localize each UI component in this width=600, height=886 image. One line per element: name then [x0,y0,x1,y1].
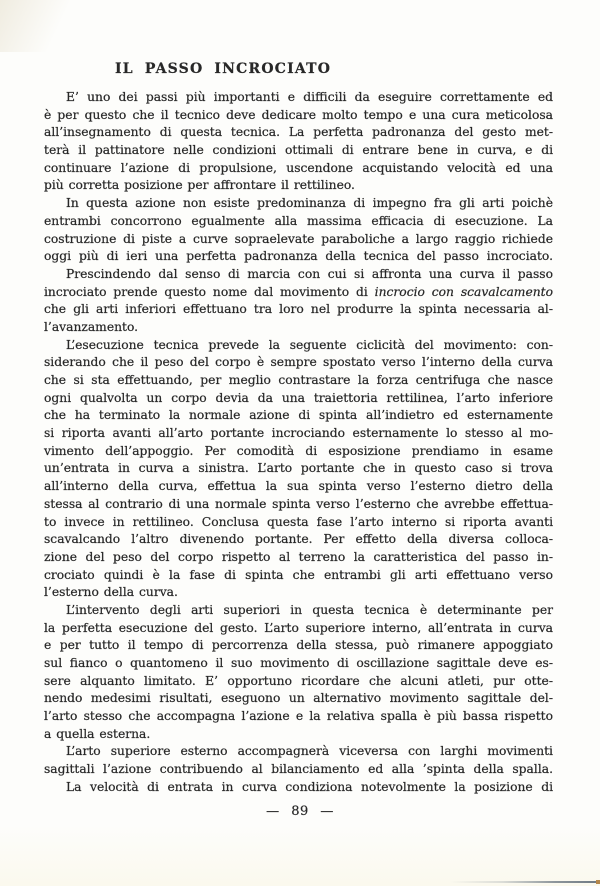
page-text: E’ uno dei passi più importanti e diffic… [44,89,553,797]
text-line: è per questo che il tecnico deve dedicar… [44,107,553,125]
text-segment: si riporta avanti all’arto portante incr… [44,426,553,440]
text-line: L’intervento degli arti superiori in que… [44,602,553,620]
text-line: crociato quindi è la fase di spinta che … [44,567,553,585]
text-line: E’ uno dei passi più importanti e diffic… [44,89,553,107]
text-line: la perfetta esecuzione del gesto. L’arto… [44,620,553,638]
text-segment: entrambi concorrono egualmente alla mass… [44,214,553,228]
text-line: nendo medesimi risultati, eseguono un al… [44,690,553,708]
text-line: zione del peso del corpo rispetto al ter… [44,549,553,567]
text-segment: scavalcando l’altro divenendo portante. … [44,532,553,546]
text-segment: to invece in rettilineo. Conclusa questa… [44,515,553,529]
text-line: sere alquanto limitato. E’ opportuno ric… [44,673,553,691]
text-line: L’esecuzione tecnica prevede la seguente… [44,337,553,355]
scan-bottom-tint-artifact [0,826,600,886]
text-segment: crociato quindi è la fase di spinta che … [44,568,553,582]
text-segment: La velocità di entrata in curva condizio… [66,780,553,794]
text-segment: stessa al contrario di una normale spint… [44,497,553,511]
book-page: IL PASSO INCROCIATO E’ uno dei passi più… [0,0,600,886]
text-line: a quella esterna. [44,726,553,744]
text-segment: costruzione di piste a curve sopraelevat… [44,232,553,246]
text-segment: L’intervento degli arti superiori in que… [66,603,553,617]
text-segment: che si sta effettuando, per meglio contr… [44,373,553,387]
text-line: all’interno della curva, effettua la sua… [44,478,553,496]
paragraph: E’ uno dei passi più importanti e diffic… [44,89,553,195]
paragraph: In questa azione non esiste predominanza… [44,195,553,266]
text-segment: L’arto superiore esterno accompagnerà vi… [66,744,553,758]
text-line: L’arto superiore esterno accompagnerà vi… [44,743,553,761]
text-segment: più corretta posizione per affrontare il… [44,178,355,192]
text-line: stessa al contrario di una normale spint… [44,496,553,514]
text-segment: siderando che il peso del corpo è sempre… [44,355,553,369]
text-line: entrambi concorrono egualmente alla mass… [44,213,553,231]
text-line: costruzione di piste a curve sopraelevat… [44,231,553,249]
text-segment: oggi più di ieri una perfetta padronanza… [44,249,553,263]
text-line: In questa azione non esiste predominanza… [44,195,553,213]
text-line: l’avanzamento. [44,319,553,337]
text-segment: l’esterno della curva. [44,585,178,599]
text-segment: sul fianco o quantomeno il suo movimento… [44,656,553,670]
text-line: to invece in rettilineo. Conclusa questa… [44,514,553,532]
text-line: che gli arti inferiori effettuano tra lo… [44,301,553,319]
text-line: sagittali l’azione contribuendo al bilan… [44,761,553,779]
text-segment: E’ uno dei passi più importanti e diffic… [66,90,553,104]
text-segment: sere alquanto limitato. E’ opportuno ric… [44,674,553,688]
text-line: all’insegnamento di questa tecnica. La p… [44,124,553,142]
text-line: sul fianco o quantomeno il suo movimento… [44,655,553,673]
text-segment: l’arto stesso che accompagna l’azione e … [44,709,553,723]
text-line: La velocità di entrata in curva condizio… [44,779,553,797]
text-segment: ogni qualvolta un corpo devia da una tra… [44,391,553,405]
text-line: siderando che il peso del corpo è sempre… [44,354,553,372]
paragraph: Prescindendo dal senso di marcia con cui… [44,266,553,337]
text-line: Prescindendo dal senso di marcia con cui… [44,266,553,284]
text-segment: incrociato prende questo nome dal movime… [44,285,375,299]
text-segment: è per questo che il tecnico deve dedicar… [44,108,553,122]
italic-phrase: incrocio con scavalcamento [375,285,553,299]
text-segment: che ha terminato la normale azione di sp… [44,408,553,422]
paragraph: L’esecuzione tecnica prevede la seguente… [44,337,553,602]
text-segment: sagittali l’azione contribuendo al bilan… [44,762,553,776]
text-line: che si sta effettuando, per meglio contr… [44,372,553,390]
text-segment: nendo medesimi risultati, eseguono un al… [44,691,553,705]
text-line: l’arto stesso che accompagna l’azione e … [44,708,553,726]
text-segment: un’entrata in curva a sinistra. L’arto p… [44,461,553,475]
text-segment: all’interno della curva, effettua la sua… [44,479,553,493]
text-line: ogni qualvolta un corpo devia da una tra… [44,390,553,408]
text-line: continuare l’azione di propulsione, usce… [44,160,553,178]
text-line: oggi più di ieri una perfetta padronanza… [44,248,553,266]
text-segment: la perfetta esecuzione del gesto. L’arto… [44,621,553,635]
text-line: più corretta posizione per affrontare il… [44,177,553,195]
text-line: un’entrata in curva a sinistra. L’arto p… [44,460,553,478]
text-line: scavalcando l’altro divenendo portante. … [44,531,553,549]
text-line: incrociato prende questo nome dal movime… [44,284,553,302]
chapter-title: IL PASSO INCROCIATO [115,61,331,77]
scan-edge-artifact [450,881,600,884]
paragraph: L’arto superiore esterno accompagnerà vi… [44,743,553,778]
text-segment: L’esecuzione tecnica prevede la seguente… [66,338,553,352]
text-line: l’esterno della curva. [44,584,553,602]
text-segment: zione del peso del corpo rispetto al ter… [44,550,553,564]
text-segment: vimento dell’appoggio. Per comodità di e… [44,444,553,458]
text-segment: terà il pattinatore nelle condizioni ott… [44,143,553,157]
text-segment: In questa azione non esiste predominanza… [66,196,553,210]
text-line: vimento dell’appoggio. Per comodità di e… [44,443,553,461]
text-line: terà il pattinatore nelle condizioni ott… [44,142,553,160]
page-number: — 89 — [0,804,600,819]
paragraph: La velocità di entrata in curva condizio… [44,779,553,797]
paragraph: L’intervento degli arti superiori in que… [44,602,553,744]
text-segment: Prescindendo dal senso di marcia con cui… [66,267,553,281]
text-segment: che gli arti inferiori effettuano tra lo… [44,302,553,316]
text-segment: all’insegnamento di questa tecnica. La p… [44,125,553,139]
text-line: che ha terminato la normale azione di sp… [44,407,553,425]
text-segment: continuare l’azione di propulsione, usce… [44,161,553,175]
text-segment: l’avanzamento. [44,320,138,334]
scan-corner-artifact [0,0,95,52]
text-segment: a quella esterna. [44,727,150,741]
text-line: si riporta avanti all’arto portante incr… [44,425,553,443]
text-line: e per tutto il tempo di percorrenza dell… [44,637,553,655]
text-segment: e per tutto il tempo di percorrenza dell… [44,638,553,652]
